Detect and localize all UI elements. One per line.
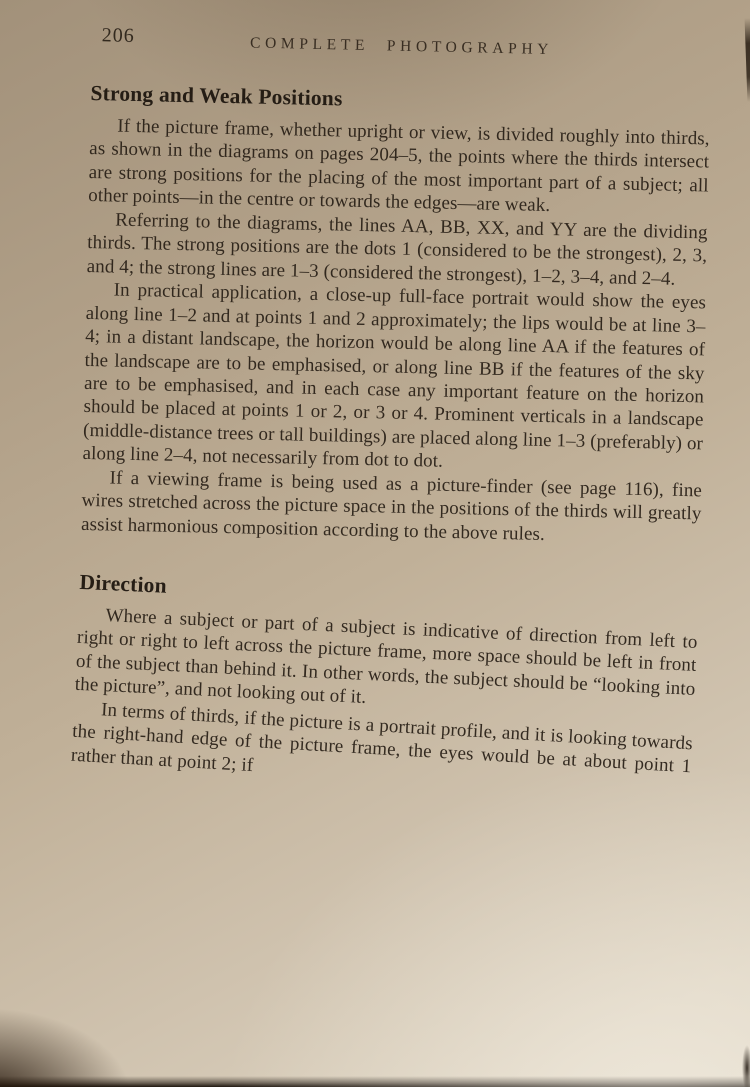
paragraph: Referring to the diagrams, the lines AA,…: [86, 208, 707, 292]
page-edge-shadow-bottom-right: [742, 1045, 750, 1087]
running-header: 206 COMPLETE PHOTOGRAPHY: [91, 24, 712, 68]
section-strong-and-weak-positions: Strong and Weak Positions If the picture…: [81, 81, 711, 550]
section-heading: Strong and Weak Positions: [90, 81, 710, 120]
running-title: COMPLETE PHOTOGRAPHY: [91, 24, 711, 63]
book-page-photo: 206 COMPLETE PHOTOGRAPHY Strong and Weak…: [0, 0, 750, 1087]
page-edge-shadow-top-right: [745, 18, 750, 102]
page-content: 206 COMPLETE PHOTOGRAPHY Strong and Weak…: [76, 24, 712, 781]
page-number: 206: [101, 24, 134, 48]
paragraph: If a viewing frame is being used as a pi…: [81, 466, 702, 550]
paragraph: In practical application, a close-up ful…: [82, 278, 706, 479]
section-direction: Direction Where a subject or part of a s…: [71, 570, 699, 795]
paragraph: If the picture frame, whether upright or…: [88, 114, 710, 221]
